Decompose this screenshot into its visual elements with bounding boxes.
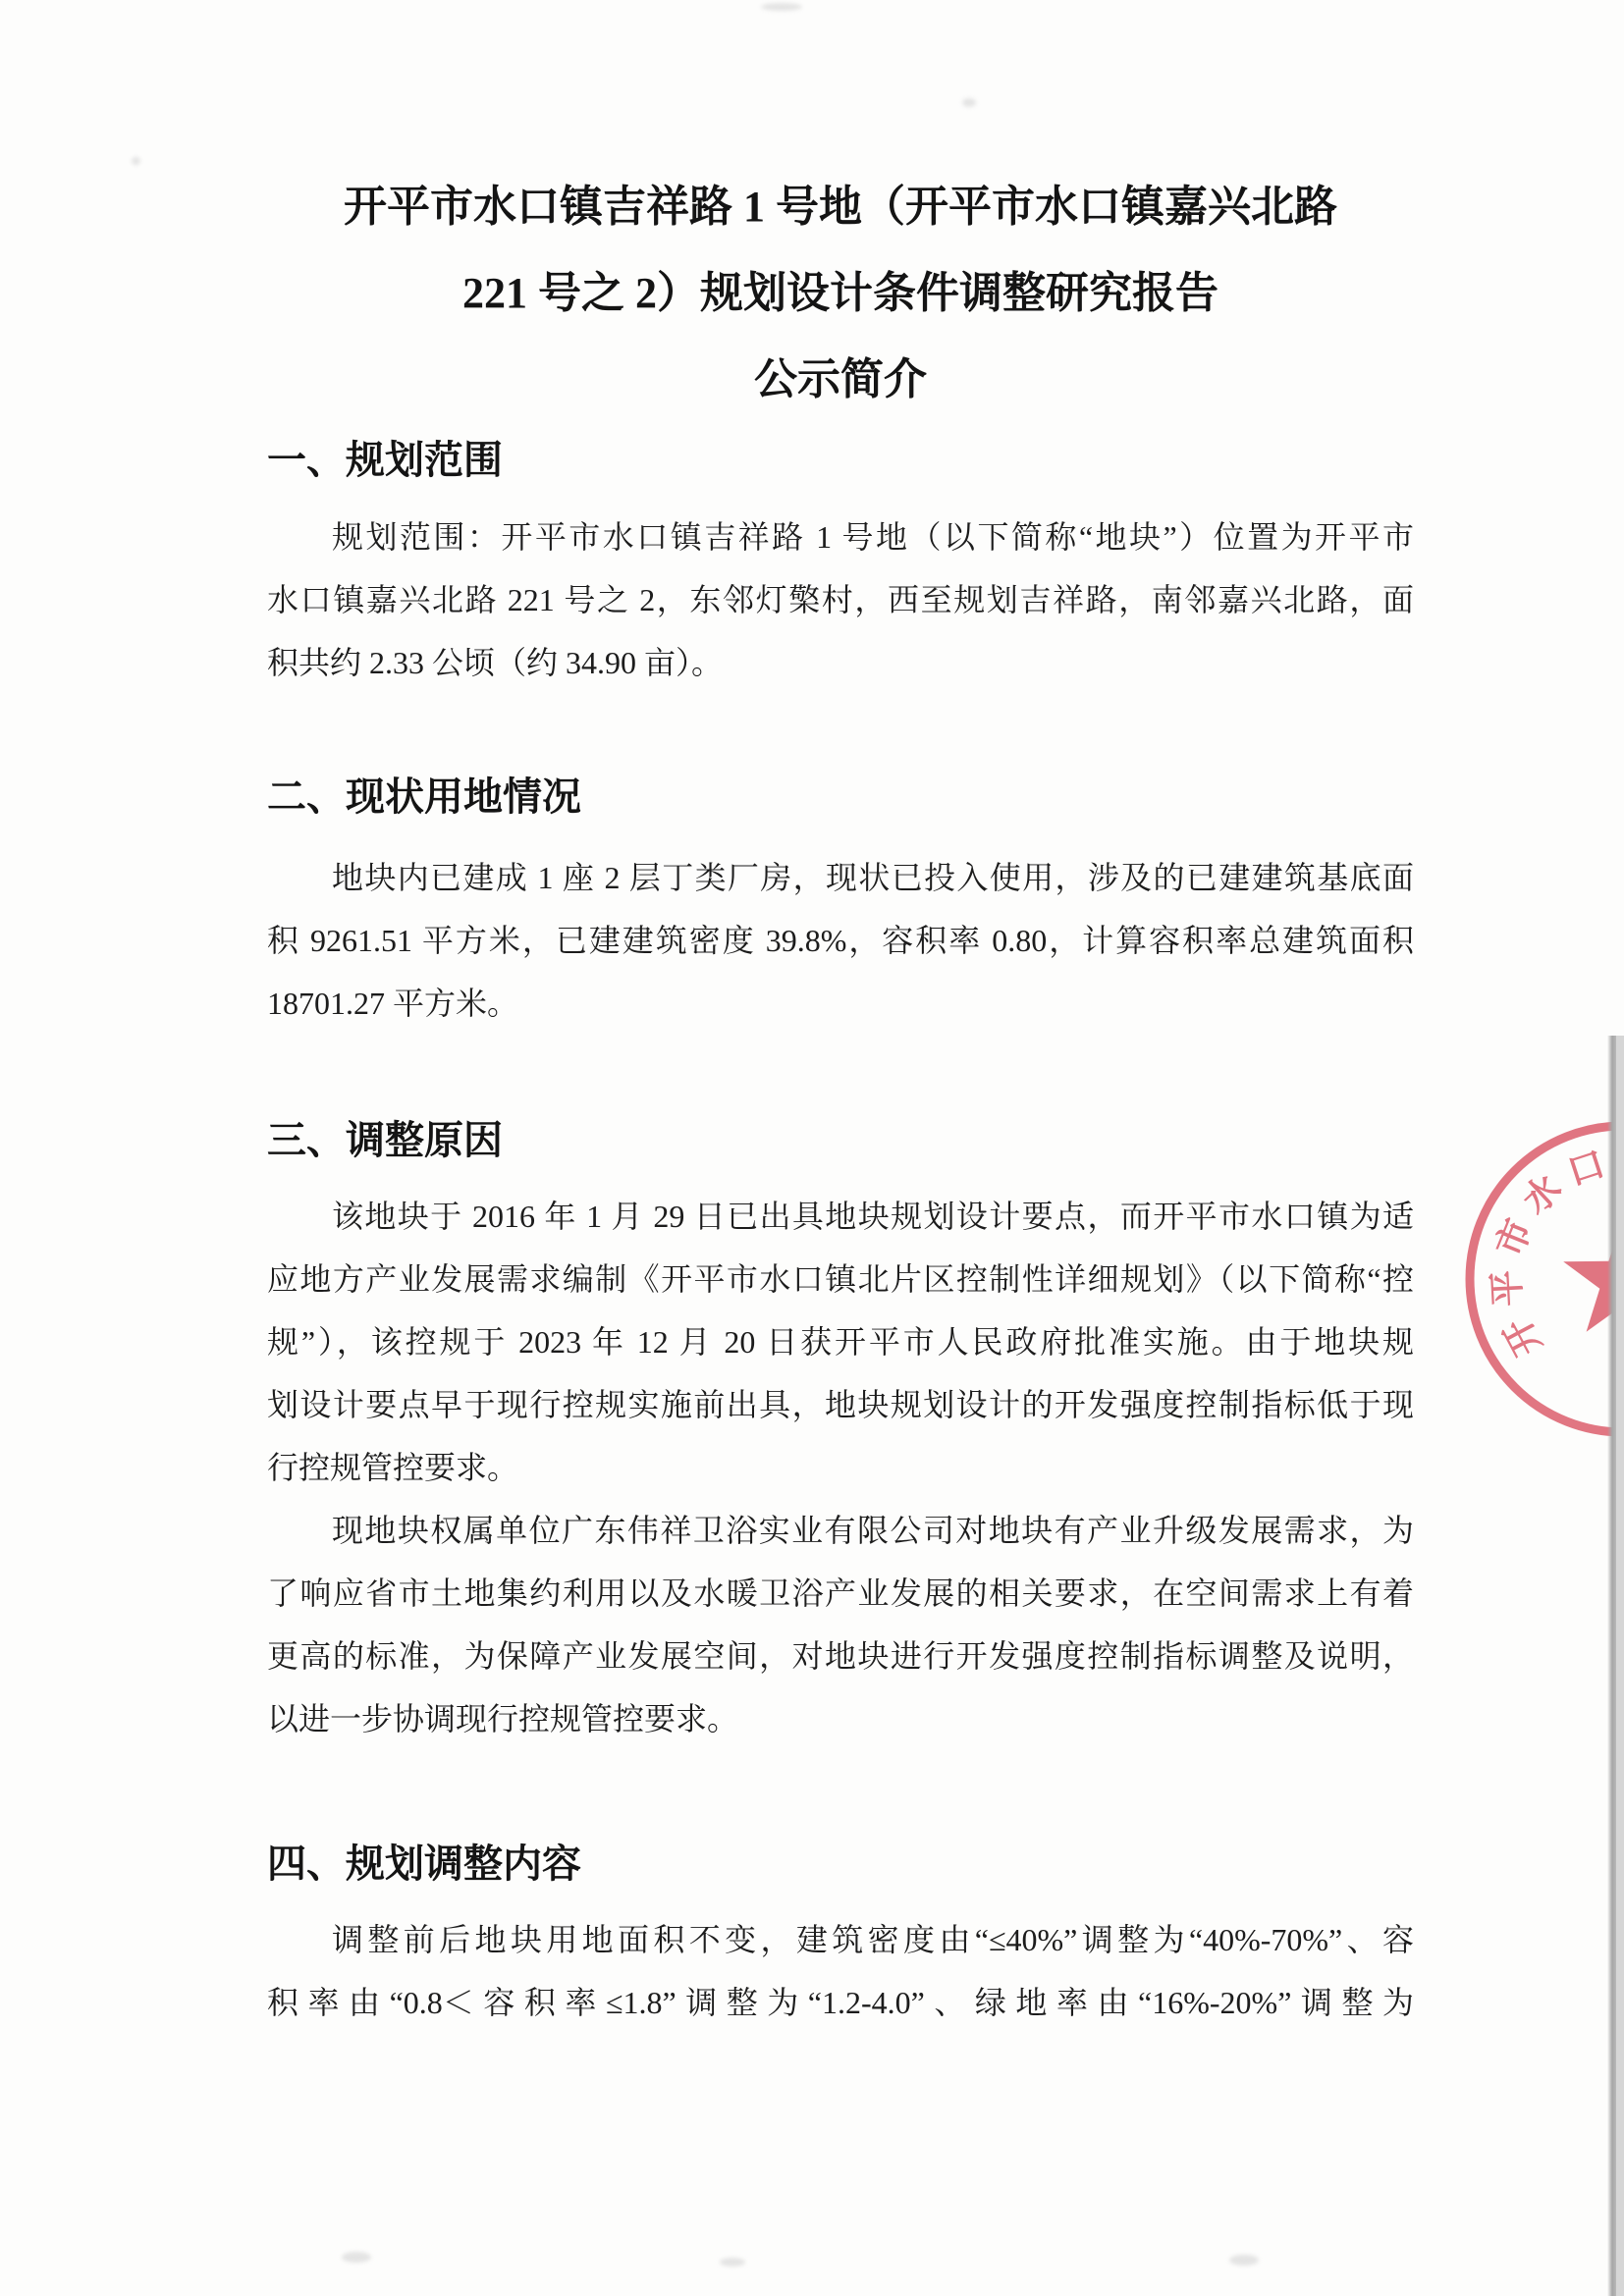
document-title-line-1: 开平市水口镇吉祥路 1 号地（开平市水口镇嘉兴北路 bbox=[267, 183, 1414, 233]
section-4-line-2: 积率由“0.8＜容积率≤1.8”调整为“1.2-4.0”、绿地率由“16%-20… bbox=[267, 1983, 1414, 2024]
section-1-line-2: 水口镇嘉兴北路 221 号之 2，东邻灯檠村，西至规划吉祥路，南邻嘉兴北路，面 bbox=[267, 580, 1414, 621]
section-2-heading: 二、现状用地情况 bbox=[267, 774, 1414, 820]
section-1-line-1: 规划范围：开平市水口镇吉祥路 1 号地（以下简称“地块”）位置为开平市 bbox=[267, 517, 1414, 559]
section-3-line-8: 更高的标准，为保障产业发展空间，对地块进行开发强度控制指标调整及说明， bbox=[267, 1636, 1414, 1678]
document-body: 开平市水口镇吉祥路 1 号地（开平市水口镇嘉兴北路 221 号之 2）规划设计条… bbox=[267, 0, 1414, 2296]
seal-char-4: 水 bbox=[1515, 1167, 1569, 1221]
section-3-line-7: 了响应省市土地集约利用以及水暖卫浴产业发展的相关要求，在空间需求上有着 bbox=[267, 1574, 1414, 1615]
section-3-line-9: 以进一步协调现行控规管控要求。 bbox=[267, 1699, 1414, 1740]
section-3-line-3: 规”），该控规于 2023 年 12 月 20 日获开平市人民政府批准实施。由于… bbox=[267, 1322, 1414, 1363]
section-2-line-2: 积 9261.51 平方米，已建建筑密度 39.8%，容积率 0.80，计算容积… bbox=[267, 921, 1414, 962]
section-4-heading: 四、规划调整内容 bbox=[267, 1842, 1414, 1887]
scan-speck bbox=[1229, 2255, 1259, 2266]
document-title-line-3: 公示简介 bbox=[267, 355, 1414, 405]
scan-page-edge-shadow bbox=[1607, 1036, 1616, 2296]
seal-char-5: 口 bbox=[1563, 1144, 1610, 1193]
scan-page-edge bbox=[1616, 1036, 1624, 2296]
seal-char-2: 平 bbox=[1487, 1269, 1529, 1308]
scan-speck bbox=[761, 3, 802, 11]
seal-char-3: 市 bbox=[1489, 1213, 1540, 1262]
seal-char-1: 开 bbox=[1496, 1311, 1549, 1362]
section-3-line-5: 行控规管控要求。 bbox=[267, 1448, 1414, 1489]
section-2-line-3: 18701.27 平方米。 bbox=[267, 984, 1414, 1025]
section-3-heading: 三、调整原因 bbox=[267, 1118, 1414, 1163]
scan-speck bbox=[962, 98, 976, 107]
document-title-line-2: 221 号之 2）规划设计条件调整研究报告 bbox=[267, 269, 1414, 319]
scan-speck bbox=[720, 2258, 745, 2267]
scan-speck bbox=[342, 2252, 371, 2263]
section-3-line-1: 该地块于 2016 年 1 月 29 日已出具地块规划设计要点，而开平市水口镇为… bbox=[267, 1197, 1414, 1238]
section-3-line-6: 现地块权属单位广东伟祥卫浴实业有限公司对地块有产业升级发展需求，为 bbox=[267, 1511, 1414, 1552]
section-2-line-1: 地块内已建成 1 座 2 层丁类厂房，现状已投入使用，涉及的已建建筑基底面 bbox=[267, 858, 1414, 899]
scanned-document-page: 开平市水口镇吉祥路 1 号地（开平市水口镇嘉兴北路 221 号之 2）规划设计条… bbox=[0, 0, 1624, 2296]
section-3-line-2: 应地方产业发展需求编制《开平市水口镇北片区控制性详细规划》（以下简称“控 bbox=[267, 1259, 1414, 1301]
section-4-line-1: 调整前后地块用地面积不变，建筑密度由“≤40%”调整为“40%-70%”、容 bbox=[267, 1920, 1414, 1961]
section-1-line-3: 积共约 2.33 公顷（约 34.90 亩）。 bbox=[267, 643, 1414, 684]
scan-speck bbox=[132, 157, 140, 165]
section-1-heading: 一、规划范围 bbox=[267, 438, 1414, 483]
section-3-line-4: 划设计要点早于现行控规实施前出具，地块规划设计的开发强度控制指标低于现 bbox=[267, 1385, 1414, 1426]
official-seal: 开 平 市 水 口 镇 bbox=[1439, 1090, 1624, 1463]
